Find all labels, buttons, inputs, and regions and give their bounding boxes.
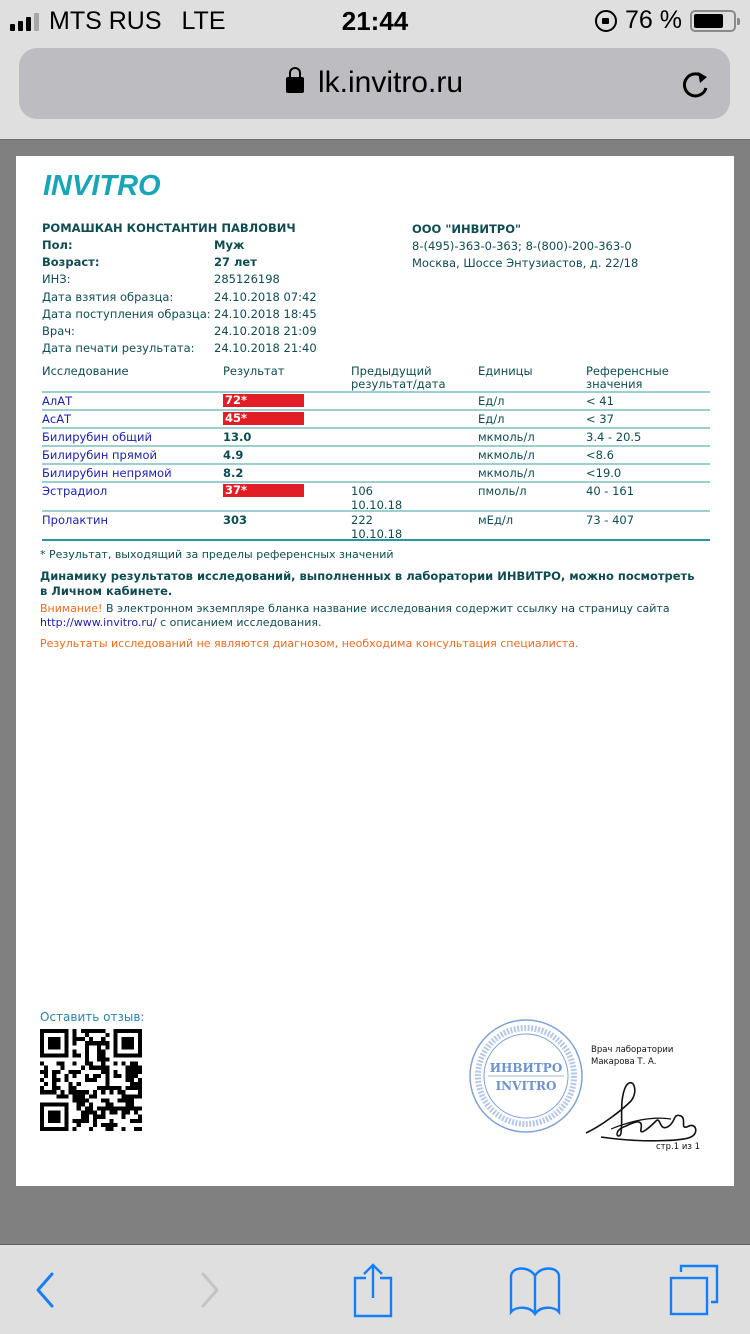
forward-icon bbox=[199, 1271, 221, 1309]
patient-name: РОМАШКАН КОНСТАНТИН ПАВЛОВИЧ bbox=[42, 221, 296, 235]
patient-field: Дата поступления образца:24.10.2018 18:4… bbox=[42, 307, 317, 324]
field-label: ИНЗ: bbox=[42, 272, 214, 289]
address-bar[interactable]: lk.invitro.ru bbox=[19, 48, 730, 119]
patient-info: Пол:МужВозраст:27 летИНЗ:285126198Дата в… bbox=[42, 238, 317, 358]
flagged-result: 37* bbox=[223, 484, 304, 497]
result-value: 4.9 bbox=[223, 448, 351, 463]
doctor-name: Макарова Т. А. bbox=[591, 1056, 673, 1068]
result-text: 13.0 bbox=[223, 430, 251, 444]
lab-stamp: ИНВИТРО INVITRO bbox=[468, 1018, 584, 1134]
field-value: 24.10.2018 21:09 bbox=[214, 324, 317, 341]
field-label: Возраст: bbox=[42, 255, 214, 272]
patient-field: Пол:Муж bbox=[42, 238, 317, 255]
patient-field: Врач:24.10.2018 21:09 bbox=[42, 324, 317, 341]
bookmarks-icon bbox=[508, 1264, 562, 1316]
field-value: Муж bbox=[214, 238, 244, 255]
battery-percent: 76 % bbox=[625, 6, 682, 35]
test-name-link[interactable]: Билирубин общий bbox=[42, 430, 223, 445]
invitro-link[interactable]: http://www.invitro.ru/ bbox=[40, 616, 157, 629]
battery-icon bbox=[690, 10, 736, 32]
reference-range: <8.6 bbox=[586, 448, 710, 463]
previous-date: 10.10.18 bbox=[351, 527, 478, 541]
previous-value: 106 bbox=[351, 484, 478, 498]
table-row: Билирубин прямой4.9мкмоль/л<8.6 bbox=[42, 447, 710, 465]
result-value: 8.2 bbox=[223, 466, 351, 481]
previous-result bbox=[351, 412, 478, 427]
warning-text: В электронном экземпляре бланка название… bbox=[102, 602, 669, 615]
browser-toolbar bbox=[0, 1244, 750, 1334]
units: мкмоль/л bbox=[478, 466, 586, 481]
test-name-link[interactable]: Билирубин непрямой bbox=[42, 466, 223, 481]
lab-title: ООО "ИНВИТРО" bbox=[412, 221, 638, 238]
table-row: АлАТ72*Ед/л< 41 bbox=[42, 393, 710, 411]
reference-range: 3.4 - 20.5 bbox=[586, 430, 710, 445]
url-text[interactable]: lk.invitro.ru bbox=[318, 66, 463, 99]
units: Ед/л bbox=[478, 394, 586, 409]
lab-info: ООО "ИНВИТРО" 8-(495)-363-0-363; 8-(800)… bbox=[412, 221, 638, 273]
share-button[interactable] bbox=[338, 1245, 408, 1334]
previous-result bbox=[351, 430, 478, 445]
previous-result bbox=[351, 466, 478, 481]
field-label: Пол: bbox=[42, 238, 214, 255]
table-row: Билирубин непрямой8.2мкмоль/л<19.0 bbox=[42, 465, 710, 483]
field-label: Дата поступления образца: bbox=[42, 307, 214, 324]
disclaimer: Результаты исследований не являются диаг… bbox=[40, 637, 579, 650]
test-name-link[interactable]: Пролактин bbox=[42, 513, 223, 539]
table-row: Эстрадиол37*10610.10.18пмоль/л40 - 161 bbox=[42, 483, 710, 512]
units: пмоль/л bbox=[478, 484, 586, 510]
test-name-link[interactable]: АлАТ bbox=[42, 394, 223, 409]
warning-note: Внимание! В электронном экземпляре бланк… bbox=[40, 602, 700, 630]
page-number: стр.1 из 1 bbox=[656, 1142, 700, 1152]
field-value: 24.10.2018 18:45 bbox=[214, 307, 317, 324]
results-table: Исследование Результат Предыдущий резуль… bbox=[42, 365, 710, 541]
previous-result bbox=[351, 394, 478, 409]
doctor-signature bbox=[581, 1071, 711, 1146]
header-reference: Референсные значения bbox=[586, 365, 710, 391]
result-text: 8.2 bbox=[223, 466, 243, 480]
table-row: Билирубин общий13.0мкмоль/л3.4 - 20.5 bbox=[42, 429, 710, 447]
flagged-result: 45* bbox=[223, 412, 304, 425]
rotation-lock-icon bbox=[595, 10, 617, 32]
doctor-info: Врач лаборатории Макарова Т. А. bbox=[591, 1044, 673, 1068]
feedback-label: Оставить отзыв: bbox=[40, 1010, 144, 1024]
result-text: 4.9 bbox=[223, 448, 243, 462]
field-value: 27 лет bbox=[214, 255, 257, 272]
stamp-bottom-text: INVITRO bbox=[496, 1079, 557, 1093]
test-name-link[interactable]: Эстрадиол bbox=[42, 484, 223, 510]
stamp-top-text: ИНВИТРО bbox=[490, 1061, 563, 1075]
patient-field: ИНЗ:285126198 bbox=[42, 272, 317, 289]
field-value: 24.10.2018 21:40 bbox=[214, 341, 317, 358]
lab-address: Москва, Шоссе Энтузиастов, д. 22/18 bbox=[412, 255, 638, 272]
reference-range: < 41 bbox=[586, 394, 710, 409]
result-value: 72* bbox=[223, 394, 351, 409]
result-value: 37* bbox=[223, 484, 351, 510]
result-value: 303 bbox=[223, 513, 351, 539]
share-icon bbox=[353, 1262, 393, 1318]
units: Ед/л bbox=[478, 412, 586, 427]
header-previous: Предыдущий результат/дата bbox=[351, 365, 478, 391]
warning-tail: с описанием исследования. bbox=[157, 616, 322, 629]
previous-result: 22210.10.18 bbox=[351, 513, 478, 539]
reference-range: <19.0 bbox=[586, 466, 710, 481]
patient-field: Возраст:27 лет bbox=[42, 255, 317, 272]
field-label: Дата печати результата: bbox=[42, 341, 214, 358]
result-value: 13.0 bbox=[223, 430, 351, 445]
lock-icon bbox=[286, 77, 304, 93]
reference-range: 73 - 407 bbox=[586, 513, 710, 539]
previous-date: 10.10.18 bbox=[351, 498, 478, 512]
feedback-qr-code[interactable] bbox=[40, 1029, 142, 1131]
footnote: * Результат, выходящий за пределы рефере… bbox=[40, 548, 394, 561]
bookmarks-button[interactable] bbox=[500, 1245, 570, 1334]
header-units: Единицы bbox=[478, 365, 586, 391]
field-value: 285126198 bbox=[214, 272, 280, 289]
reference-range: < 37 bbox=[586, 412, 710, 427]
lab-phones: 8-(495)-363-0-363; 8-(800)-200-363-0 bbox=[412, 238, 638, 255]
test-name-link[interactable]: АсАТ bbox=[42, 412, 223, 427]
tabs-icon bbox=[669, 1264, 721, 1316]
previous-value: 222 bbox=[351, 513, 478, 527]
status-bar: MTS RUS LTE 21:44 76 % bbox=[0, 0, 750, 40]
forward-button[interactable] bbox=[175, 1245, 245, 1334]
previous-result bbox=[351, 448, 478, 463]
browser-header: lk.invitro.ru bbox=[0, 40, 750, 140]
field-label: Дата взятия образца: bbox=[42, 290, 214, 307]
patient-field: Дата взятия образца:24.10.2018 07:42 bbox=[42, 290, 317, 307]
tabs-button[interactable] bbox=[660, 1245, 730, 1334]
table-row: Пролактин30322210.10.18мЕд/л73 - 407 bbox=[42, 512, 710, 541]
dynamics-note: Динамику результатов исследований, выпол… bbox=[40, 569, 700, 598]
flagged-result: 72* bbox=[223, 394, 304, 407]
warning-label: Внимание! bbox=[40, 602, 102, 615]
doctor-title: Врач лаборатории bbox=[591, 1044, 673, 1056]
result-text: 303 bbox=[223, 513, 247, 527]
back-button[interactable] bbox=[10, 1245, 80, 1334]
lab-results-document: INVITRO РОМАШКАН КОНСТАНТИН ПАВЛОВИЧ Пол… bbox=[16, 156, 734, 1186]
result-value: 45* bbox=[223, 412, 351, 427]
header-result: Результат bbox=[223, 365, 351, 391]
header-test: Исследование bbox=[42, 365, 223, 391]
table-header: Исследование Результат Предыдущий резуль… bbox=[42, 365, 710, 393]
units: мкмоль/л bbox=[478, 448, 586, 463]
test-name-link[interactable]: Билирубин прямой bbox=[42, 448, 223, 463]
back-icon bbox=[34, 1271, 56, 1309]
field-value: 24.10.2018 07:42 bbox=[214, 290, 317, 307]
units: мкмоль/л bbox=[478, 430, 586, 445]
units: мЕд/л bbox=[478, 513, 586, 539]
invitro-logo: INVITRO bbox=[43, 170, 161, 203]
field-label: Врач: bbox=[42, 324, 214, 341]
patient-field: Дата печати результата:24.10.2018 21:40 bbox=[42, 341, 317, 358]
previous-result: 10610.10.18 bbox=[351, 484, 478, 510]
table-body: АлАТ72*Ед/л< 41АсАТ45*Ед/л< 37Билирубин … bbox=[42, 393, 710, 541]
table-row: АсАТ45*Ед/л< 37 bbox=[42, 411, 710, 429]
reference-range: 40 - 161 bbox=[586, 484, 710, 510]
reload-icon[interactable] bbox=[680, 68, 712, 100]
